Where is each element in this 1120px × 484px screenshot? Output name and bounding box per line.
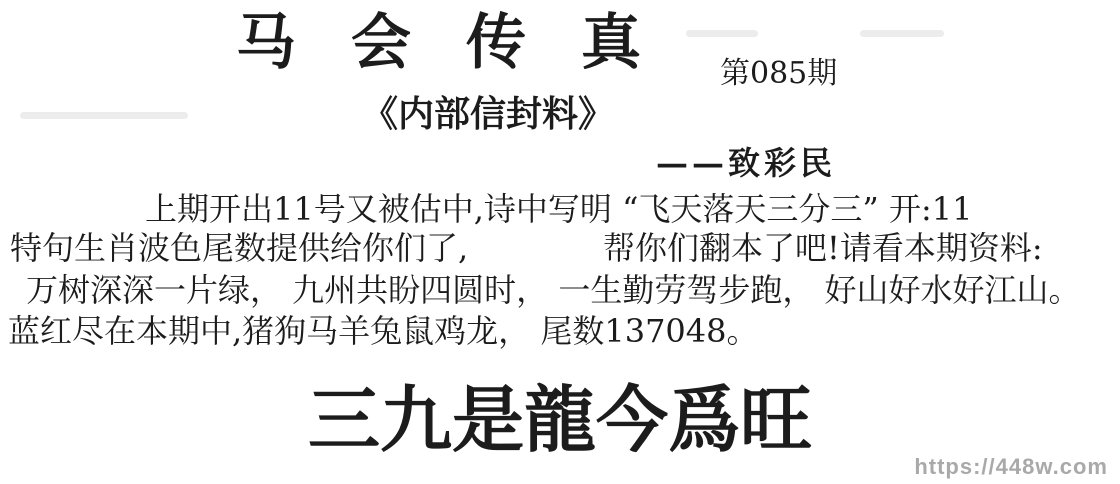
tip-sheet-page: 马会传真 第085期 《内部信封料》 ——致彩民 上期开出11号又被估中,诗中写…	[0, 0, 1120, 484]
body-line-3: 万树深深一片绿， 九州共盼四圆时， 一生勤劳驾步跑， 好山好水好江山。	[26, 271, 1081, 309]
scan-artifact	[860, 30, 944, 37]
watermark-url: https://448w.com	[914, 454, 1108, 480]
body-line-1: 上期开出11号又被估中,诗中写明 “飞天落天三分三” 开:11	[145, 190, 972, 228]
salutation: ——致彩民	[656, 138, 836, 184]
body-line-2-left: 特句生肖波色尾数提供给你们了,	[10, 229, 468, 267]
subtitle: 《内部信封料》	[362, 86, 614, 137]
page-title: 马会传真	[236, 10, 696, 76]
scan-artifact	[20, 112, 188, 119]
issue-number: 第085期	[720, 48, 837, 92]
main-phrase: 三九是龍今爲旺	[0, 362, 1120, 466]
scan-artifact	[686, 30, 758, 37]
body-line-2-right: 帮你们翻本了吧!请看本期资料:	[603, 229, 1043, 267]
body-line-4: 蓝红尽在本期中,猪狗马羊兔鼠鸡龙， 尾数137048。	[8, 312, 759, 350]
